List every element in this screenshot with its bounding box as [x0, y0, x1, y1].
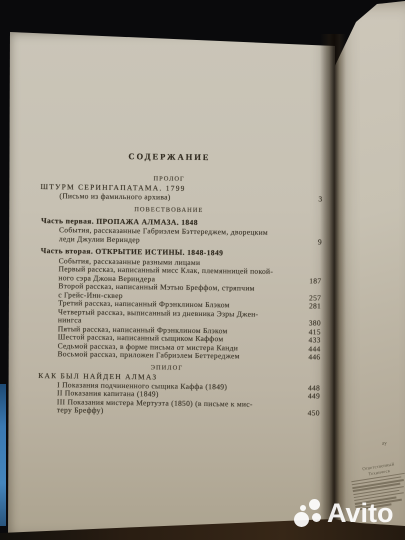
watermark-label: Avito	[327, 498, 394, 529]
blue-cover-edge	[0, 384, 6, 526]
avito-watermark: Avito	[293, 497, 394, 529]
toc-entry-text: леди Джулии Вериндер	[59, 235, 140, 244]
toc-entry-text: Восьмой рассказ, приложен Габриэлем Бетт…	[57, 350, 239, 361]
toc-page-number: 450	[302, 409, 320, 418]
toc-page-number: 449	[302, 392, 320, 401]
photo-background: лу ОтветственныйТехническ СОДЕРЖАНИЕ ПРО…	[0, 0, 405, 540]
toc-entry-text: теру Бреффу)	[57, 406, 104, 415]
avito-logo-icon	[293, 497, 324, 529]
book-gutter-shadow	[320, 34, 346, 540]
toc-row: ПОВЕСТВОВАНИЕ	[37, 205, 322, 217]
toc-page-number: 9	[312, 238, 322, 247]
toc-page-number: 3	[312, 195, 322, 204]
toc-entry-text: (Письмо из фамильного архива)	[59, 192, 170, 202]
toc-page-number: 281	[303, 302, 321, 311]
table-of-contents: СОДЕРЖАНИЕ ПРОЛОГШТУРМ СЕРИНГАПАТАМА. 17…	[35, 151, 323, 418]
toc-entry-text: нингса	[58, 316, 82, 325]
toc-page-number: 446	[302, 353, 320, 362]
toc-list: ПРОЛОГШТУРМ СЕРИНГАПАТАМА. 1799(Письмо и…	[35, 173, 323, 417]
toc-page-number: 187	[303, 277, 321, 286]
